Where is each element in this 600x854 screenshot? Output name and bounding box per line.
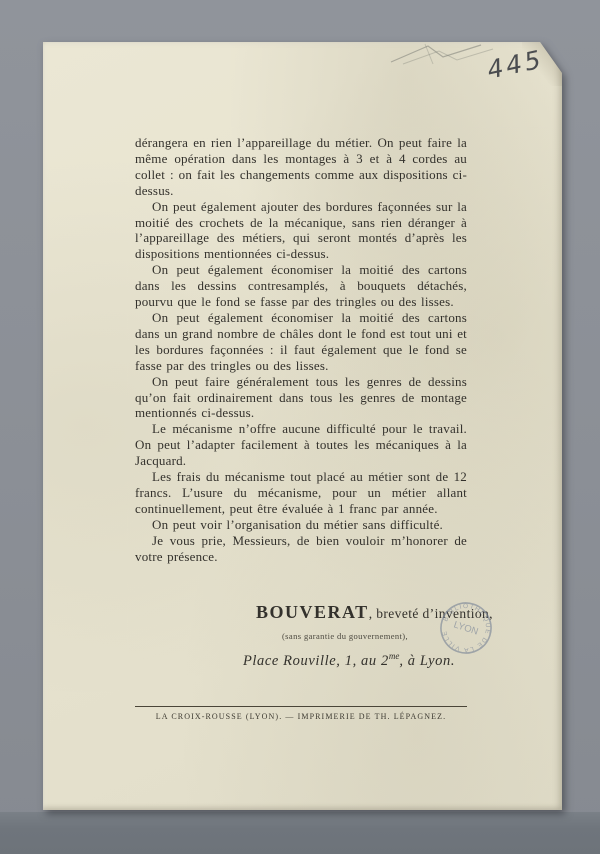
paragraph: On peut également économiser la moitié d… bbox=[135, 310, 467, 374]
scan-background: 445 dérangera en rien l’appareillage du … bbox=[0, 0, 600, 854]
address-line: Place Rouville, 1, au 2me, à Lyon. bbox=[243, 651, 455, 670]
footer-rule bbox=[135, 706, 467, 707]
signature-guarantee: (sans garantie du gouvernement), bbox=[282, 631, 408, 641]
paragraph: Je vous prie, Messieurs, de bien vouloir… bbox=[135, 533, 467, 565]
printer-imprint: LA CROIX-ROUSSE (LYON). — IMPRIMERIE DE … bbox=[135, 712, 467, 721]
stamp-center-text: LYON bbox=[452, 619, 479, 637]
paragraph: On peut également économiser la moitié d… bbox=[135, 262, 467, 310]
paragraph: On peut faire généralement tous les genr… bbox=[135, 374, 467, 422]
address-superscript: me bbox=[389, 651, 400, 661]
mounting-board-edge bbox=[0, 812, 600, 854]
signature-name: BOUVERAT bbox=[256, 602, 369, 622]
paragraph: Les frais du mécanisme tout placé au mét… bbox=[135, 469, 467, 517]
body-text: dérangera en rien l’appareillage du méti… bbox=[135, 135, 467, 564]
address-end: , à Lyon. bbox=[399, 653, 455, 669]
address-main: Place Rouville, 1, au 2 bbox=[243, 653, 389, 669]
paragraph: On peut également ajouter des bordures f… bbox=[135, 199, 467, 263]
paragraph: dérangera en rien l’appareillage du méti… bbox=[135, 135, 467, 199]
document-page: 445 dérangera en rien l’appareillage du … bbox=[43, 42, 562, 810]
paragraph: Le mécanisme n’offre aucune difficulté p… bbox=[135, 421, 467, 469]
paragraph: On peut voir l’organisation du métier sa… bbox=[135, 517, 467, 533]
paper-wrap: 445 dérangera en rien l’appareillage du … bbox=[43, 42, 562, 810]
